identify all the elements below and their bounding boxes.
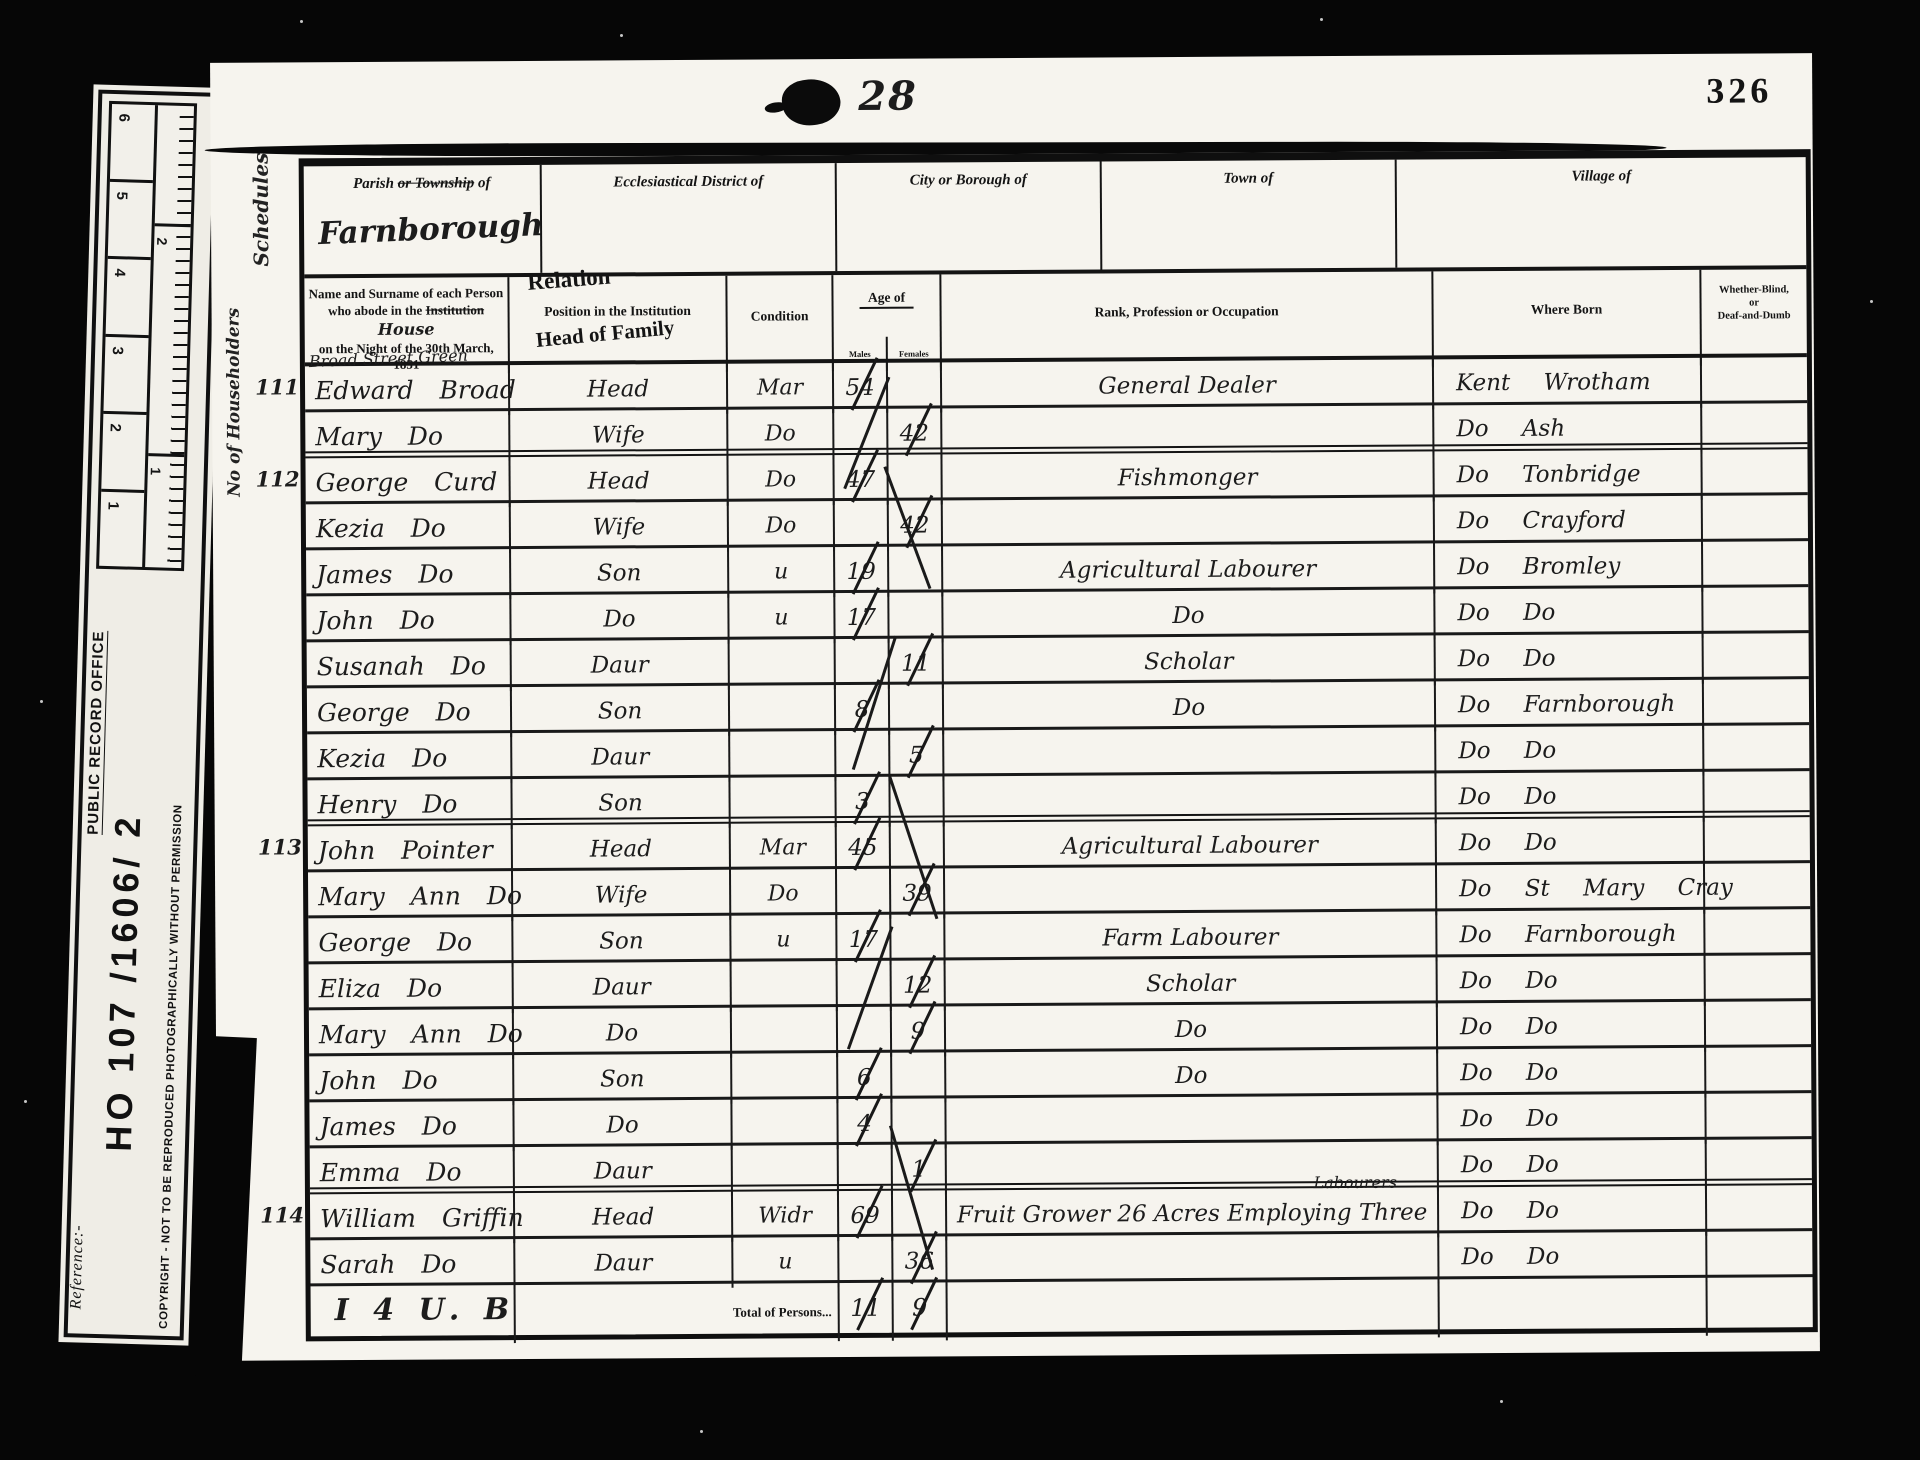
cell-occupation: General Dealer: [942, 359, 1434, 412]
ecclesiastical-district-label: Ecclesiastical District of: [542, 163, 838, 273]
cell-occupation: Labourers Fruit Grower 26 Acres Employin…: [947, 1187, 1439, 1240]
margin-note-schedules: Schedules: [248, 97, 273, 267]
cell-name: John Do: [309, 1055, 514, 1106]
person-name: Kezia Do: [317, 743, 447, 773]
cell-where-born: Do Do: [1438, 1094, 1706, 1146]
header-condition: Condition: [727, 275, 834, 372]
occupation-text: Fishmonger: [1118, 465, 1258, 492]
film-speck: [1320, 18, 1323, 21]
schedule-number: 113: [252, 834, 302, 859]
person-name: John Do: [319, 1066, 438, 1096]
total-males: 11: [840, 1283, 894, 1341]
cell-condition: u: [729, 593, 835, 644]
occupation-text: General Dealer: [1098, 372, 1276, 399]
cell-blind-deaf: [1705, 909, 1810, 960]
cell-relation: Son: [512, 686, 730, 737]
cell-relation: Wife: [510, 410, 728, 461]
village-label: Village of: [1397, 157, 1807, 267]
cell-blind-deaf: [1704, 633, 1809, 684]
cell-blind-deaf: [1704, 679, 1809, 730]
cell-relation: Daur: [515, 1238, 733, 1289]
scale-number: 2: [107, 423, 124, 432]
cell-age-male: 6: [838, 1053, 892, 1103]
cell-where-born: Do Do: [1436, 772, 1704, 824]
scale-number: 1: [148, 467, 164, 475]
cell-where-born: Do Do: [1439, 1140, 1707, 1192]
cell-name: George Curd: [305, 457, 510, 508]
cell-relation: Daur: [512, 732, 730, 783]
cell-relation: Do: [514, 1100, 732, 1151]
cell-occupation: Agricultural Labourer: [945, 819, 1437, 872]
scale-number: 3: [109, 346, 126, 355]
cell-age-female: 9: [892, 1006, 946, 1056]
cell-name: Sarah Do: [310, 1239, 515, 1290]
reference-card: 6 5 4 3 2 1 2 1 PUBLIC RECORD OFFICE HO …: [58, 84, 223, 1345]
cell-name: John Pointer: [308, 825, 513, 876]
occupation-text: Agricultural Labourer: [1060, 556, 1316, 584]
film-speck: [700, 1430, 703, 1433]
total-row: I 4 U. B Total of Persons... 11 9: [311, 1277, 1813, 1336]
cell-name: Eliza Do: [309, 963, 514, 1014]
cell-condition: [732, 1007, 838, 1058]
cell-condition: [730, 685, 836, 736]
cell-occupation: Do: [946, 1049, 1438, 1102]
cell-relation: Daur: [512, 640, 730, 691]
cell-name: John Do: [306, 595, 511, 646]
cell-occupation: Scholar: [944, 635, 1436, 688]
person-name: George Do: [317, 697, 471, 727]
person-name: Mary Ann Do: [319, 1019, 523, 1049]
cell-where-born: Do Farnborough: [1436, 680, 1704, 732]
town-label: Town of: [1102, 160, 1398, 270]
scale-number: 1: [104, 501, 121, 510]
cell-where-born: Kent Wrotham: [1434, 358, 1702, 410]
schedule-number: 114: [254, 1202, 304, 1227]
cell-name: James Do: [309, 1101, 514, 1152]
occupation-text: Do: [1175, 1017, 1207, 1043]
total-of-persons-label: Total of Persons...: [733, 1304, 832, 1320]
cell-where-born: Do Ash: [1434, 404, 1702, 456]
film-speck: [620, 34, 623, 37]
cell-where-born: Do Farnborough: [1437, 910, 1705, 962]
cell-age-male: 3: [836, 777, 890, 827]
cell-age-male: [835, 501, 889, 551]
cell-blind-deaf: [1706, 1047, 1811, 1098]
cell-age-male: 69: [839, 1191, 893, 1241]
cell-relation: Do: [514, 1008, 732, 1059]
film-speck: [1870, 300, 1873, 303]
person-name: George Do: [318, 927, 472, 957]
person-name: Emma Do: [320, 1157, 462, 1187]
cell-where-born: Do Do: [1435, 588, 1703, 640]
cell-where-born: Do Tonbridge: [1434, 450, 1702, 502]
cell-occupation: Scholar: [946, 957, 1438, 1010]
cell-condition: Do: [729, 501, 835, 552]
cell-relation: Wife: [511, 502, 729, 553]
cell-condition: [730, 731, 836, 782]
census-page: 28 326 Schedules No of Householders Pari…: [210, 53, 1820, 1361]
cell-condition: Do: [728, 455, 834, 506]
cell-blind-deaf: [1705, 863, 1810, 914]
cell-name: Kezia Do: [306, 503, 511, 554]
occupation-text: Farm Labourer: [1102, 924, 1278, 951]
cell-condition: Widr: [733, 1191, 839, 1242]
cell-occupation: [943, 497, 1435, 550]
cell-empty: [1440, 1278, 1708, 1338]
cell-age-male: [838, 1007, 892, 1057]
cell-blind-deaf: [1707, 1185, 1812, 1236]
total-females: 9: [894, 1282, 948, 1340]
cell-condition: Do: [731, 869, 837, 920]
cell-name: Mary Ann Do: [309, 1009, 514, 1060]
scale-number: 6: [115, 113, 132, 122]
struck-text: or Township: [398, 175, 475, 191]
cell-name: Emma Do: [310, 1147, 515, 1198]
film-corner-shadow: [195, 1036, 257, 1378]
cell-condition: u: [729, 547, 835, 598]
cell-relation: Head: [513, 824, 731, 875]
cell-occupation: Do: [943, 589, 1435, 642]
film-speck: [1500, 1400, 1503, 1403]
header-age: Age of Males Females: [833, 274, 942, 371]
cell-age-female: [888, 362, 942, 412]
cell-relation: Son: [511, 548, 729, 599]
person-name: James Do: [319, 1111, 456, 1141]
cell-condition: Do: [728, 409, 834, 460]
header-where-born: Where Born: [1433, 270, 1702, 368]
ink-blot: [779, 75, 843, 129]
cell-where-born: Do Do: [1438, 1002, 1706, 1054]
person-name: Susanah Do: [317, 651, 486, 681]
cell-age-female: [892, 1052, 946, 1102]
cell-name: Broad Street Green Edward Broad: [305, 365, 510, 416]
cell-age-male: 19: [835, 547, 889, 597]
cell-name: Susanah Do: [307, 641, 512, 692]
cell-blind-deaf: [1704, 771, 1809, 822]
cell-occupation: Fishmonger: [942, 451, 1434, 504]
schedule-number: 112: [250, 466, 300, 491]
column-headers: Name and Surname of each Person who abod…: [304, 269, 1807, 366]
person-name: William Griffin: [320, 1203, 524, 1233]
cell-blind-deaf: [1702, 357, 1807, 408]
person-name: Edward Broad: [315, 375, 516, 405]
cell-occupation: Do: [944, 681, 1436, 734]
cell-occupation: Farm Labourer: [945, 911, 1437, 964]
cell-condition: u: [733, 1237, 839, 1288]
parish-value: Farnborough: [317, 207, 544, 252]
occupation-text: Scholar: [1146, 971, 1236, 998]
cell-relation: Head: [510, 364, 728, 415]
person-name: Mary Do: [315, 421, 443, 451]
cell-condition: [730, 639, 836, 690]
cell-relation: Son: [513, 916, 731, 967]
cell-age-male: 17: [837, 915, 891, 965]
struck-text: Institution: [426, 302, 485, 317]
cell-age-male: 8: [836, 685, 890, 735]
film-frame-number: 28: [858, 73, 918, 120]
cell-age-female: [892, 1098, 946, 1148]
cell-condition: u: [731, 915, 837, 966]
cell-name: James Do: [306, 549, 511, 600]
cell-age-female: 36: [893, 1236, 947, 1286]
cell-occupation: [945, 865, 1437, 918]
occupation-text: Agricultural Labourer: [1062, 832, 1318, 860]
cell-blind-deaf: [1707, 1231, 1812, 1282]
person-name: Henry Do: [317, 789, 457, 819]
margin-note-householders: No of Householders: [223, 167, 245, 497]
person-name: Sarah Do: [320, 1249, 456, 1279]
cell-name: Kezia Do: [307, 733, 512, 784]
cell-name: George Do: [308, 917, 513, 968]
cell-where-born: Do Do: [1439, 1232, 1707, 1284]
cell-age-male: 47: [834, 455, 888, 505]
cell-blind-deaf: [1702, 403, 1807, 454]
cell-relation: Head: [515, 1192, 733, 1243]
cell-empty: [948, 1279, 1440, 1340]
cell-age-male: 45: [837, 823, 891, 873]
header-relation: Relation Position in the Institution Hea…: [509, 276, 728, 374]
cell-condition: [732, 961, 838, 1012]
cell-age-female: 5: [890, 730, 944, 780]
cell-name: William Griffin: [310, 1193, 515, 1244]
film-speck: [24, 1100, 27, 1103]
cell-relation: Son: [514, 1054, 732, 1105]
cell-name: Mary Ann Do: [308, 871, 513, 922]
cell-blind-deaf: [1703, 541, 1808, 592]
parish-label: Parish or Township of: [304, 175, 540, 193]
cell-age-male: [839, 1237, 893, 1287]
scale-number: 5: [113, 191, 130, 200]
cell-relation: Daur: [514, 962, 732, 1013]
occupation-text: Do: [1172, 603, 1204, 629]
cell-blind-deaf: [1706, 1001, 1811, 1052]
cell-occupation: [942, 405, 1434, 458]
cell-condition: [732, 1099, 838, 1150]
cell-name: George Do: [307, 687, 512, 738]
cell-name: Mary Do: [305, 411, 510, 462]
cell-where-born: Do Do: [1436, 726, 1704, 778]
film-speck: [40, 700, 43, 703]
cell-relation: Do: [511, 594, 729, 645]
cell-condition: Mar: [728, 363, 834, 414]
city-borough-label: City or Borough of: [837, 161, 1103, 271]
cell-age-male: [839, 1145, 893, 1195]
cell-age-female: 42: [889, 500, 943, 550]
cell-blind-deaf: [1703, 587, 1808, 638]
cell-age-female: 12: [892, 960, 946, 1010]
occupation-text: Fruit Grower 26 Acres Employing Three: [957, 1199, 1428, 1228]
cell-condition: [730, 777, 836, 828]
cell-blind-deaf: [1702, 449, 1807, 500]
district-header: Parish or Township of Farnborough Eccles…: [304, 157, 1807, 278]
cell-blind-deaf: [1705, 817, 1810, 868]
person-name: James Do: [316, 559, 453, 589]
enumerator-marks: I 4 U. B: [321, 1292, 517, 1328]
cell-occupation: [944, 773, 1436, 826]
cell-where-born: Do Do: [1436, 634, 1704, 686]
cell-name: Henry Do: [307, 779, 512, 830]
cell-age-male: 54: [834, 363, 888, 413]
cell-where-born: Do Do: [1438, 956, 1706, 1008]
occupation-superscript: Labourers: [1314, 1173, 1397, 1193]
cell-empty: [1707, 1277, 1812, 1336]
cell-marks: I 4 U. B: [311, 1285, 516, 1344]
person-name: John Pointer: [318, 835, 493, 865]
cell-blind-deaf: [1704, 725, 1809, 776]
cell-where-born: Do Crayford: [1435, 496, 1703, 548]
total-label-cell: Total of Persons...: [516, 1283, 840, 1343]
cell-age-male: [834, 409, 888, 459]
cell-blind-deaf: [1703, 495, 1808, 546]
cell-occupation: [944, 727, 1436, 780]
cell-age-male: 17: [835, 593, 889, 643]
census-table: Parish or Township of Farnborough Eccles…: [299, 149, 1818, 1341]
cell-condition: [732, 1053, 838, 1104]
cell-where-born: Do Bromley: [1435, 542, 1703, 594]
person-name: Kezia Do: [316, 513, 446, 543]
cell-condition: Mar: [731, 823, 837, 874]
cell-blind-deaf: [1706, 955, 1811, 1006]
schedule-number: 111: [249, 374, 299, 399]
parish-cell: Parish or Township of Farnborough: [304, 165, 543, 274]
person-name: John Do: [316, 606, 435, 636]
occupation-text: Do: [1175, 1063, 1207, 1089]
occupation-text: Scholar: [1144, 649, 1234, 676]
film-speck: [300, 20, 303, 23]
cell-age-female: 39: [891, 868, 945, 918]
header-occupation: Rank, Profession or Occupation: [941, 271, 1434, 370]
cell-blind-deaf: [1706, 1093, 1811, 1144]
cell-age-male: 4: [838, 1099, 892, 1149]
cell-relation: Head: [510, 456, 728, 507]
cell-relation: Daur: [515, 1146, 733, 1197]
cell-where-born: Do Do: [1437, 818, 1705, 870]
occupation-text: Do: [1173, 695, 1205, 721]
cell-where-born: Do St Mary Cray: [1437, 864, 1705, 916]
header-blind-deaf: Whether-Blind, or Deaf-and-Dumb: [1701, 269, 1807, 366]
cell-occupation: [946, 1095, 1438, 1148]
cell-occupation: Do: [946, 1003, 1438, 1056]
handwritten-house: House: [378, 319, 435, 338]
cell-relation: Wife: [513, 870, 731, 921]
scale-number: 2: [154, 237, 170, 245]
cell-where-born: Do Do: [1438, 1048, 1706, 1100]
cell-occupation: [947, 1233, 1439, 1286]
handwritten-relation: Relation: [526, 262, 611, 298]
person-name: Eliza Do: [319, 974, 443, 1004]
cell-age-female: [891, 914, 945, 964]
cell-age-female: [890, 684, 944, 734]
cell-blind-deaf: [1707, 1139, 1812, 1190]
cell-condition: [733, 1145, 839, 1196]
cell-relation: Son: [512, 778, 730, 829]
cell-age-female: 11: [890, 638, 944, 688]
census-rows: 111 Broad Street Green Edward Broad Head…: [305, 357, 1813, 1286]
person-name: George Curd: [316, 467, 498, 497]
scale-number: 4: [111, 268, 128, 277]
cell-age-male: [837, 869, 891, 919]
folio-number: 326: [1706, 69, 1772, 111]
cell-occupation: Agricultural Labourer: [943, 543, 1435, 596]
cell-where-born: Do Do: [1439, 1186, 1707, 1238]
cell-age-female: 42: [888, 408, 942, 458]
person-name: Mary Ann Do: [318, 881, 522, 911]
cell-age-female: [889, 592, 943, 642]
